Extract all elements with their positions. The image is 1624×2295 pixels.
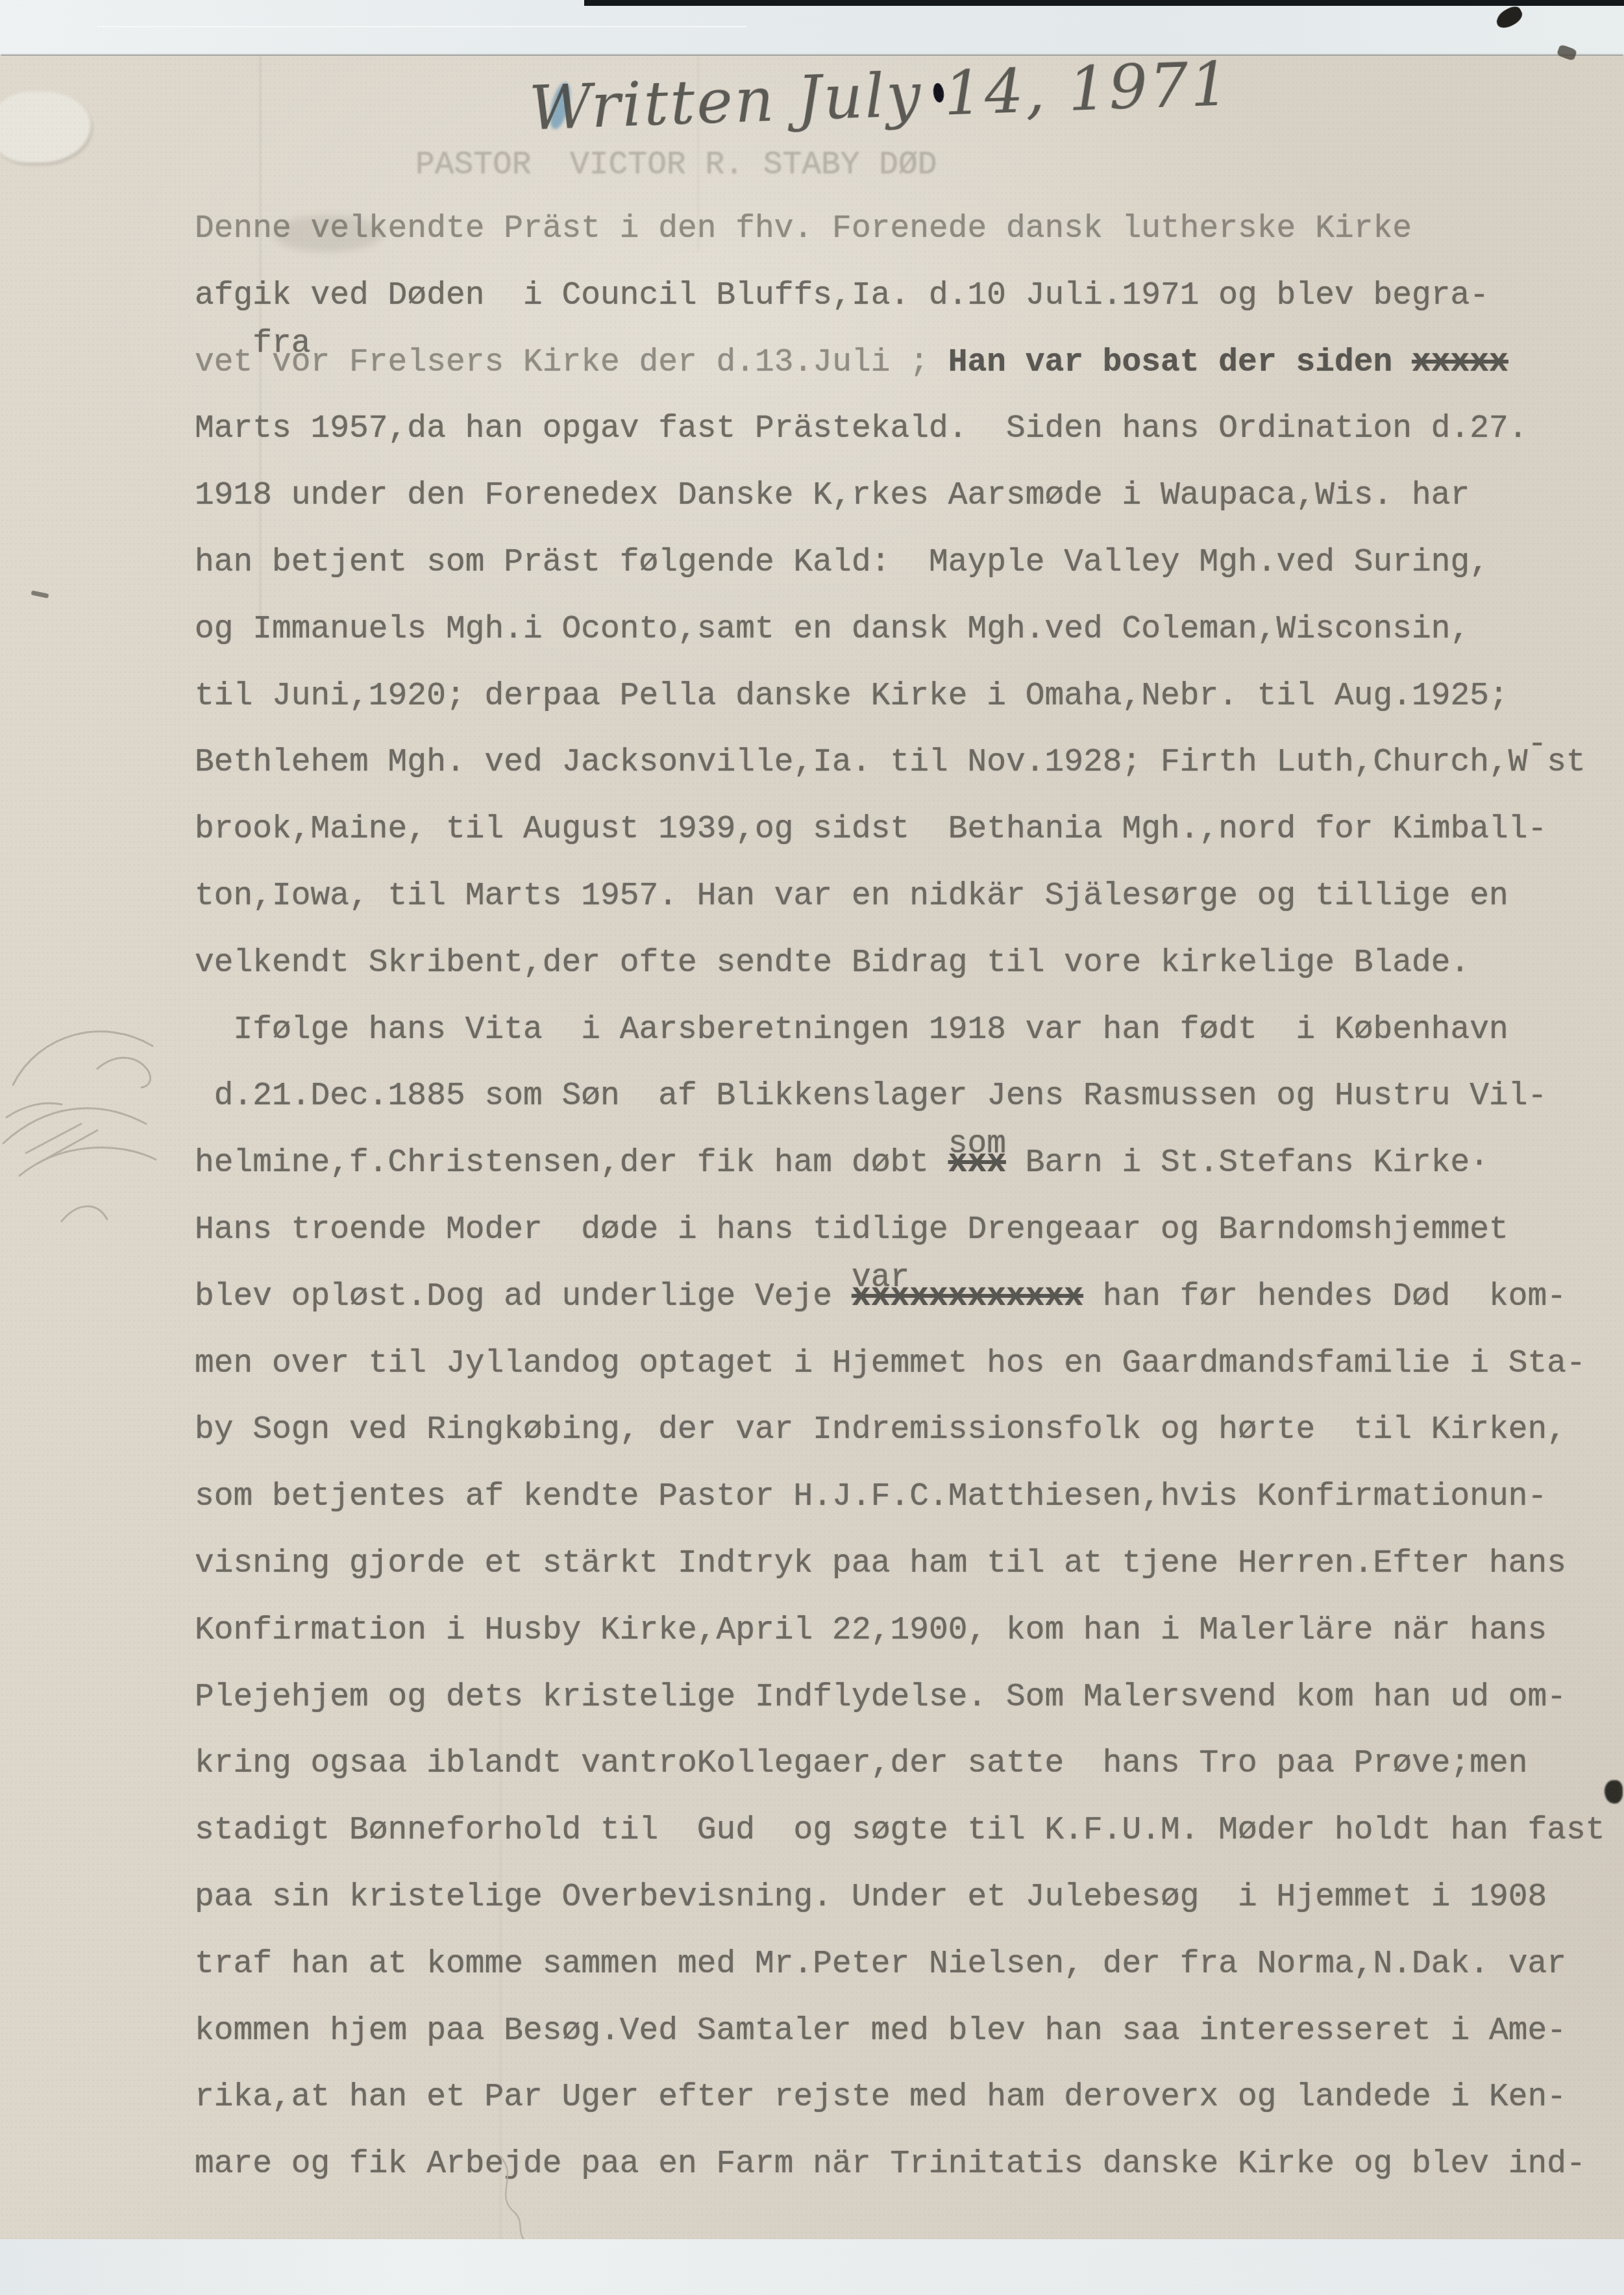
typed-text-segment: til Juni,1920; derpaa Pella danske Kirke…	[195, 678, 1508, 714]
scanner-background-top	[0, 0, 1624, 56]
typed-text-segment: brook,Maine, til August 1939,og sidst Be…	[195, 811, 1547, 847]
typed-line: brook,Maine, til August 1939,og sidst Be…	[195, 810, 1605, 876]
scanner-scratch	[97, 26, 746, 27]
typed-text-segment: og Immanuels Mgh.i Oconto,samt en dansk …	[195, 611, 1470, 647]
typed-line: paa sin kristelige Overbevisning. Under …	[195, 1878, 1605, 1944]
scanned-page: Written July 14, 1971 PASTOR VICTOR R. S…	[0, 0, 1624, 2295]
paper-sheet: Written July 14, 1971 PASTOR VICTOR R. S…	[0, 56, 1624, 2239]
typed-text-segment: paa sin kristelige Overbevisning. Under …	[195, 1879, 1547, 1915]
typed-text-segment: mare og fik Arbejde paa en Farm när Trin…	[195, 2146, 1586, 2182]
typed-text-segment: Bethlehem Mgh. ved Jacksonville,Ia. til …	[195, 744, 1528, 780]
typed-text-segment: helmine,f.Christensen,der fik ham døbt	[195, 1145, 948, 1181]
typed-line: Ifølge hans Vita i Aarsberetningen 1918 …	[195, 1010, 1605, 1077]
typed-line: mare og fik Arbejde paa en Farm när Trin…	[195, 2144, 1605, 2211]
pencil-sketch	[0, 1007, 182, 1267]
paper-tear	[0, 92, 91, 163]
scanner-background-bottom	[0, 2239, 1624, 2295]
typed-line: afgik ved Døden i Council Bluffs,Ia. d.1…	[195, 276, 1605, 343]
typed-text-segment: han før hendes Død kom-	[1083, 1278, 1566, 1315]
typed-text-segment: visning gjorde et stärkt Indtryk paa ham…	[195, 1545, 1566, 1582]
typed-line: han betjent som Präst følgende Kald: May…	[195, 543, 1605, 610]
typed-line: Konfirmation i Husby Kirke,April 22,1900…	[195, 1611, 1605, 1678]
typed-line: rika,at han et Par Uger efter rejste med…	[195, 2078, 1605, 2144]
typed-line: til Juni,1920; derpaa Pella danske Kirke…	[195, 676, 1605, 743]
typed-line: traf han at komme sammen med Mr.Peter Ni…	[195, 1944, 1605, 2011]
typed-text-segment: d.21.Dec.1885 som Søn af Blikkenslager J…	[195, 1078, 1547, 1114]
typed-text-segment: afgik ved Døden i Council Bluffs,Ia. d.1…	[195, 277, 1489, 314]
scanner-edge-strip	[584, 0, 1624, 6]
typed-text-segment: Ifølge hans Vita i Aarsberetningen 1918 …	[195, 1011, 1508, 1048]
typed-text-segment: vet	[195, 344, 252, 380]
typed-line: kring ogsaa iblandt vantroKollegaer,der …	[195, 1744, 1605, 1811]
typed-text-segment: ton,Iowa, til Marts 1957. Han var en nid…	[195, 878, 1508, 914]
typed-line: Plejehjem og dets kristelige Indflydelse…	[195, 1678, 1605, 1744]
typed-line: velkendt Skribent,der ofte sendte Bidrag…	[195, 943, 1605, 1010]
typed-line: 1918 under den Forenedex Danske K,rkes A…	[195, 476, 1605, 543]
typed-text-segment: han betjent som Präst følgende Kald: May…	[195, 544, 1489, 580]
typed-text-segment: kring ogsaa iblandt vantroKollegaer,der …	[195, 1745, 1528, 1781]
ink-blob-right-edge	[1605, 1780, 1623, 1804]
typed-text-segment: by Sogn ved Ringkøbing, der var Indremis…	[195, 1411, 1566, 1448]
typed-text-segment: rika,at han et Par Uger efter rejste med…	[195, 2079, 1566, 2115]
typed-text-segment: Hans troende Moder døde i hans tidlige D…	[195, 1211, 1508, 1248]
paper-wrinkle	[477, 2153, 561, 2244]
typed-line: men over til Jyllandog optaget i Hjemmet…	[195, 1344, 1605, 1411]
typed-text-segment: Marts 1957,da han opgav fast Prästekald.…	[195, 410, 1528, 447]
typed-line: helmine,f.Christensen,der fik ham døbt s…	[195, 1143, 1605, 1210]
typed-text-segment: Barn i St.Stefans Kirke·	[1006, 1145, 1489, 1181]
typed-text-segment: Han var bosat der siden	[948, 344, 1412, 380]
pencil-dash	[31, 590, 49, 598]
typed-text-segment: vor Frelsers Kirke der d.13.Juli ;	[252, 344, 948, 380]
typed-line: blev opløst.Dog ad underlige Veje varxxx…	[195, 1277, 1605, 1344]
typed-text-segment: men over til Jyllandog optaget i Hjemmet…	[195, 1345, 1586, 1382]
typed-line: d.21.Dec.1885 som Søn af Blikkenslager J…	[195, 1076, 1605, 1143]
typed-text-segment: Plejehjem og dets kristelige Indflydelse…	[195, 1679, 1566, 1715]
typed-line: og Immanuels Mgh.i Oconto,samt en dansk …	[195, 610, 1605, 676]
typed-text-segment: Konfirmation i Husby Kirke,April 22,1900…	[195, 1612, 1547, 1648]
typed-text-segment: velkendt Skribent,der ofte sendte Bidrag…	[195, 945, 1470, 981]
typed-text-segment: stadigt Bønneforhold til Gud og søgte ti…	[195, 1812, 1605, 1848]
typed-line: Denne velkendte Präst i den fhv. Forened…	[195, 209, 1605, 276]
typed-text-segment: 1918 under den Forenedex Danske K,rkes A…	[195, 477, 1470, 514]
typed-text-segment: xxxxx	[1412, 344, 1508, 380]
typed-body-text: Denne velkendte Präst i den fhv. Forened…	[195, 209, 1605, 2211]
typed-line: som betjentes af kendte Pastor H.J.F.C.M…	[195, 1477, 1605, 1544]
typed-line: kommen hjem paa Besøg.Ved Samtaler med b…	[195, 2011, 1605, 2078]
typed-line: ton,Iowa, til Marts 1957. Han var en nid…	[195, 876, 1605, 943]
typed-text-segment: som betjentes af kendte Pastor H.J.F.C.M…	[195, 1478, 1547, 1515]
typed-text-segment: Denne velkendte Präst i den fhv. Forened…	[195, 210, 1412, 247]
typed-text-segment: kommen hjem paa Besøg.Ved Samtaler med b…	[195, 2013, 1566, 2049]
typed-line: Marts 1957,da han opgav fast Prästekald.…	[195, 409, 1605, 476]
document-title: PASTOR VICTOR R. STABY DØD	[415, 147, 937, 183]
typed-line: Bethlehem Mgh. ved Jacksonville,Ia. til …	[195, 743, 1605, 810]
typed-line: by Sogn ved Ringkøbing, der var Indremis…	[195, 1410, 1605, 1477]
typed-line: visning gjorde et stärkt Indtryk paa ham…	[195, 1544, 1605, 1611]
typed-text-segment: traf han at komme sammen med Mr.Peter Ni…	[195, 1946, 1566, 1982]
typed-text-segment: blev opløst.Dog ad underlige Veje	[195, 1278, 852, 1315]
typed-line: vetfra vor Frelsers Kirke der d.13.Juli …	[195, 343, 1605, 410]
handwritten-date-note: Written July 14, 1971	[528, 49, 1232, 144]
typed-line: stadigt Bønneforhold til Gud og søgte ti…	[195, 1811, 1605, 1878]
